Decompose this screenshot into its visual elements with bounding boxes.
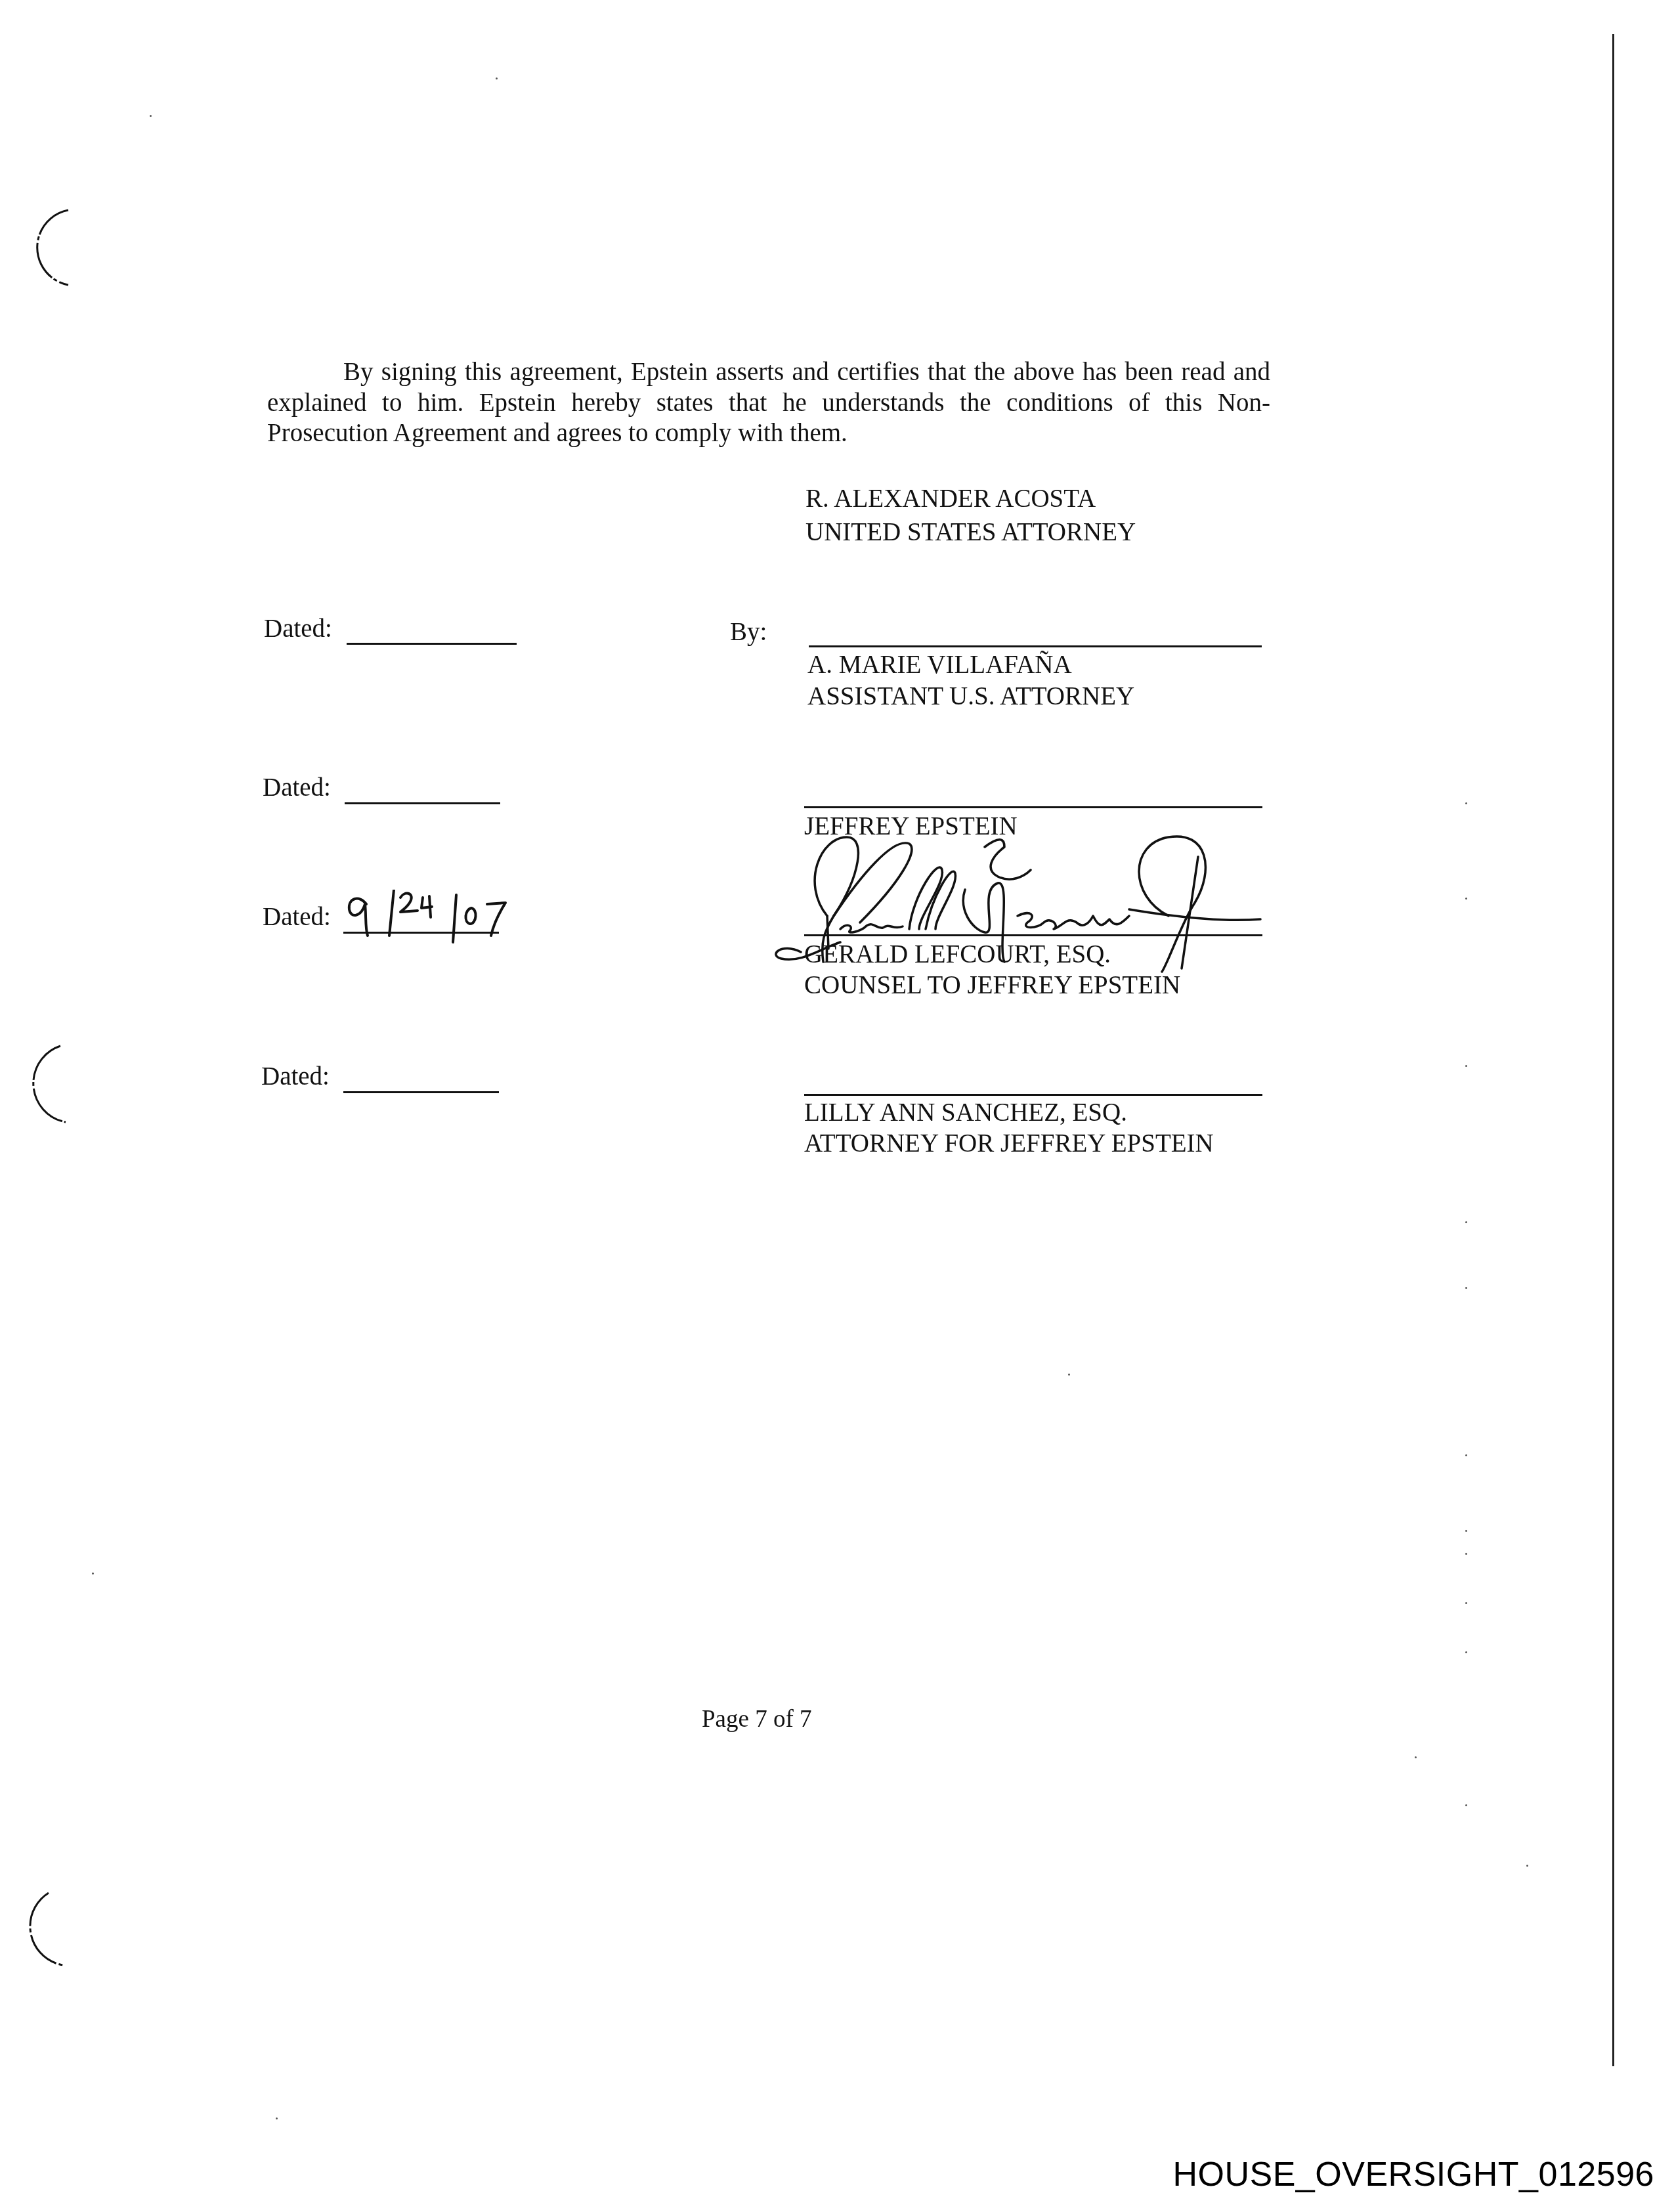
scan-speck: [1465, 1553, 1467, 1555]
punch-hole-mark: [20, 1041, 79, 1133]
scan-speck: [276, 2117, 278, 2119]
punch-hole-mark: [20, 1888, 79, 1980]
ausa-title: ASSISTANT U.S. ATTORNEY: [807, 682, 1134, 712]
counsel-2-signature-line[interactable]: [804, 1094, 1262, 1096]
by-label: By:: [730, 617, 767, 647]
certification-paragraph: By signing this agreement, Epstein asser…: [267, 357, 1270, 449]
scan-speck: [1415, 1756, 1417, 1758]
dated-field-1[interactable]: [347, 643, 517, 645]
scan-speck: [1526, 1865, 1528, 1867]
counsel-1-title: COUNSEL TO JEFFREY EPSTEIN: [804, 970, 1180, 1001]
scan-speck: [1465, 802, 1467, 804]
scan-speck: [1068, 1374, 1070, 1376]
scan-speck: [1465, 1530, 1467, 1532]
scan-speck: [1465, 1287, 1467, 1289]
us-attorney-name: R. ALEXANDER ACOSTA: [805, 484, 1096, 514]
ausa-signature-line[interactable]: [809, 645, 1262, 647]
punch-hole-mark: [26, 204, 79, 295]
scan-speck: [1465, 1454, 1467, 1456]
scan-speck: [1465, 1602, 1467, 1604]
dated-field-2[interactable]: [345, 802, 500, 804]
counsel-2-name: LILLY ANN SANCHEZ, ESQ.: [804, 1098, 1127, 1128]
ausa-name: A. MARIE VILLAFAÑA: [807, 650, 1072, 680]
dated-label-4: Dated:: [261, 1062, 330, 1092]
scan-speck: [1465, 1065, 1467, 1067]
us-attorney-title: UNITED STATES ATTORNEY: [805, 517, 1136, 548]
counsel-1-name: GERALD LEFCOURT, ESQ.: [804, 940, 1111, 970]
scan-speck: [1465, 1221, 1467, 1223]
scan-edge-line: [1612, 34, 1614, 2066]
defendant-signature-line[interactable]: [804, 806, 1262, 808]
page-number: Page 7 of 7: [702, 1704, 812, 1735]
dated-label-3: Dated:: [263, 902, 331, 932]
bates-stamp: HOUSE_OVERSIGHT_012596: [1172, 2155, 1654, 2194]
dated-label-1: Dated:: [264, 614, 332, 644]
scan-speck: [150, 115, 152, 117]
scan-speck: [92, 1572, 94, 1574]
handwritten-date: [341, 890, 545, 962]
dated-label-2: Dated:: [263, 773, 331, 803]
counsel-2-title: ATTORNEY FOR JEFFREY EPSTEIN: [804, 1129, 1214, 1159]
dated-field-4[interactable]: [343, 1091, 499, 1093]
scan-speck: [1465, 1651, 1467, 1653]
scan-speck: [1465, 1804, 1467, 1806]
scan-speck: [1465, 898, 1467, 900]
scan-speck: [496, 77, 498, 79]
scanned-document-page: By signing this agreement, Epstein asser…: [0, 0, 1674, 2212]
